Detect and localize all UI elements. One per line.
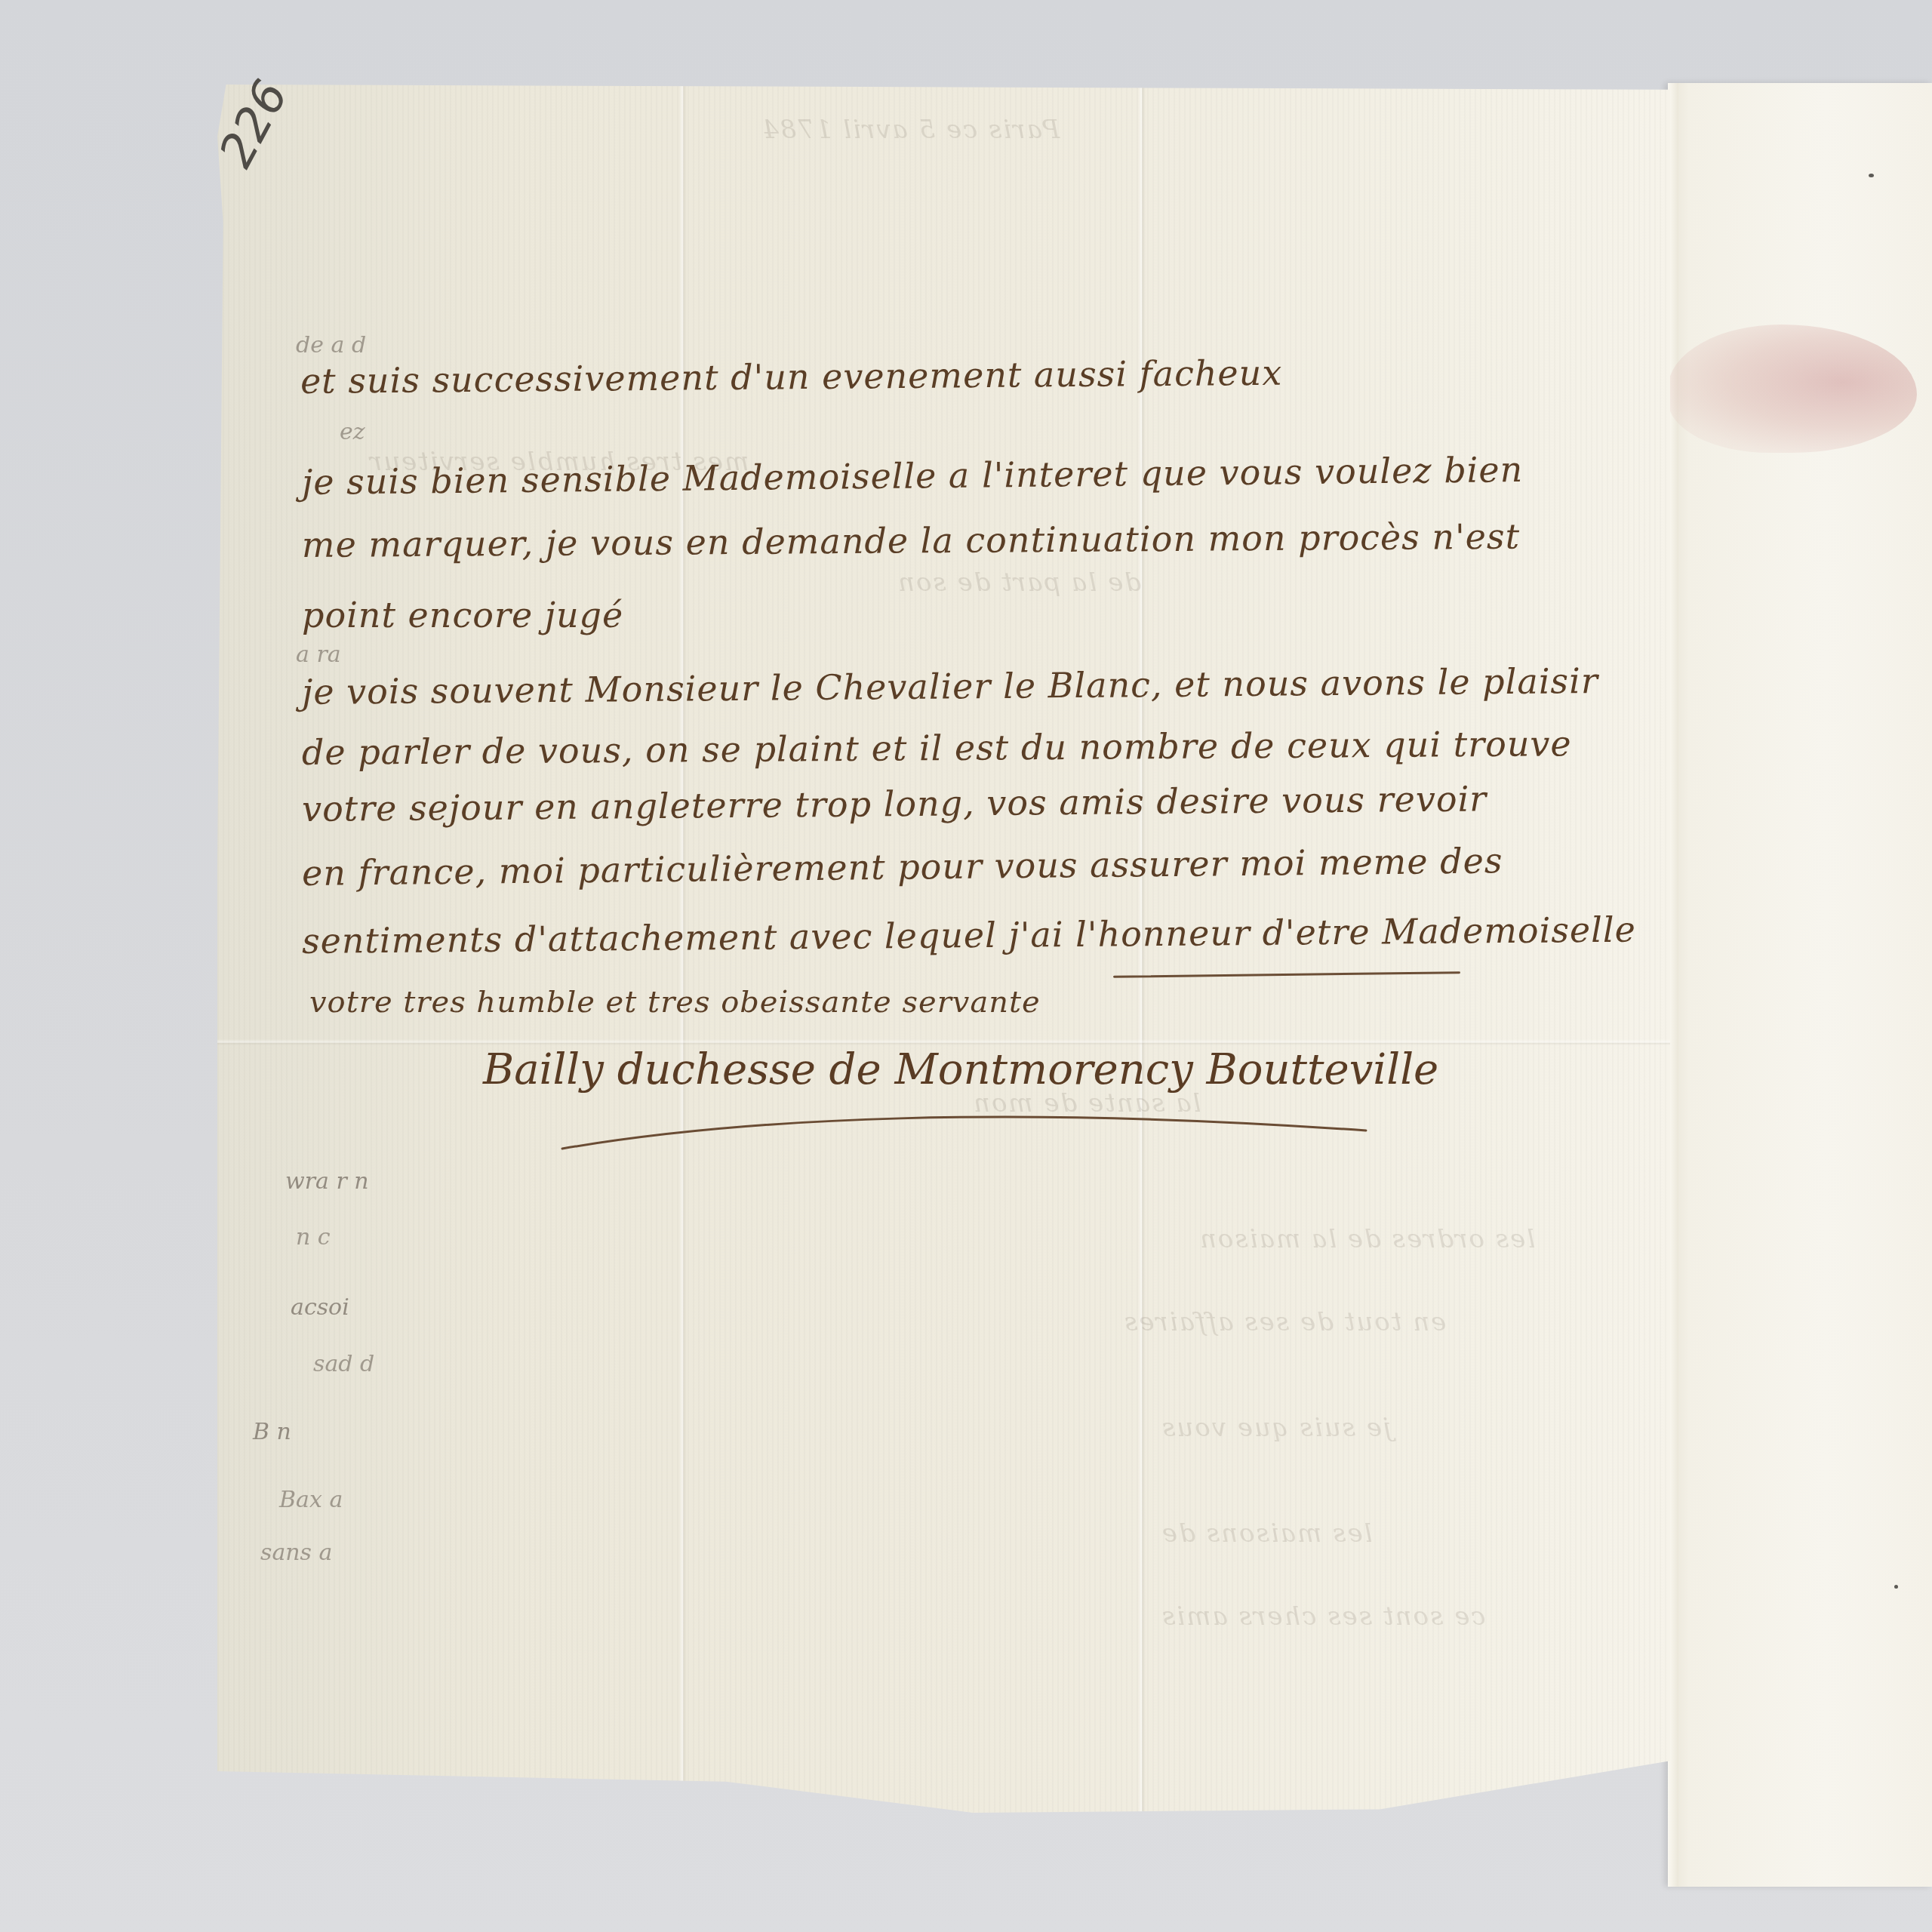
signature-flourish — [558, 1102, 1389, 1155]
bleed-through-text: les ordres de la maison — [1198, 1224, 1535, 1254]
right-page — [1668, 83, 1932, 1887]
horizontal-fold — [217, 1039, 1670, 1045]
bleed-through-text: ce sont ses chers amis — [1161, 1601, 1485, 1632]
signature: Bailly duchesse de Montmorency Bouttevil… — [483, 1045, 1438, 1094]
wax-seal-stain — [1668, 325, 1917, 453]
letter-line: et suis successivement d'un evenement au… — [300, 352, 1283, 401]
bleed-through-text: de la part de son — [897, 568, 1141, 598]
bleed-through-text: Paris ce 5 avril 1784 — [761, 115, 1060, 145]
letter-closing: votre tres humble et tres obeissante ser… — [309, 985, 1041, 1020]
bleed-through-text: les maisons de — [1161, 1518, 1373, 1549]
letter-line: me marquer, je vous en demande la contin… — [302, 516, 1520, 565]
ink-speck — [1869, 174, 1874, 177]
margin-mark: sans a — [260, 1540, 332, 1566]
letter-line: point encore jugé — [302, 595, 623, 635]
margin-mark: acsoi — [291, 1294, 349, 1321]
margin-mark: ez — [340, 419, 365, 445]
margin-mark: de a d — [296, 332, 366, 358]
margin-mark: a ra — [296, 641, 341, 668]
margin-mark: Bax a — [279, 1487, 343, 1513]
margin-mark: n c — [296, 1224, 331, 1251]
ink-speck — [1894, 1585, 1898, 1589]
bleed-through-text: en tout de ses affaires — [1123, 1307, 1446, 1337]
bleed-through-text: je suis que vous — [1161, 1413, 1392, 1443]
margin-mark: B n — [253, 1419, 291, 1445]
margin-mark: sad d — [313, 1351, 374, 1377]
margin-mark: wra r n — [285, 1168, 369, 1195]
